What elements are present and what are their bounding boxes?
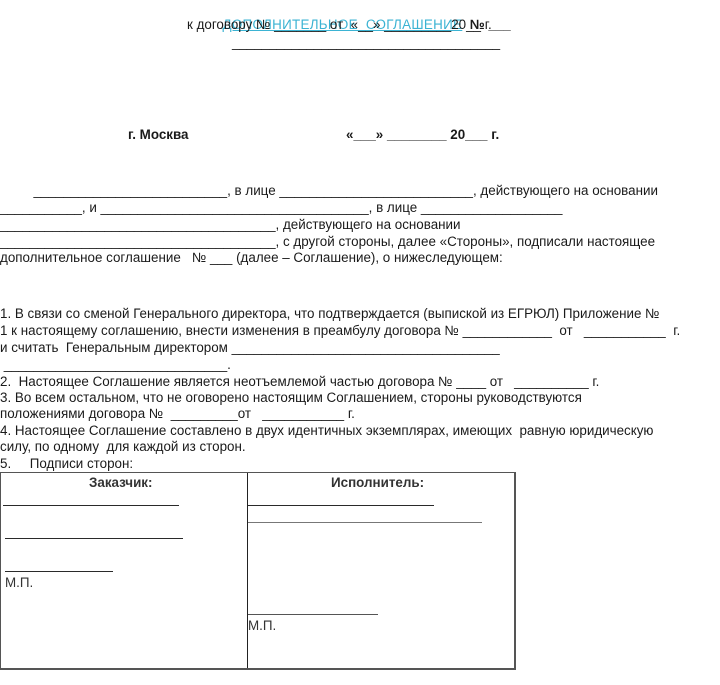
clause-line: 1 к настоящему соглашению, внести измене… xyxy=(0,323,680,339)
contractor-name-line xyxy=(248,522,482,523)
clause-line: и считать Генеральным директором _______… xyxy=(0,340,500,356)
contract-reference: к договору № _______ от «__» _________20… xyxy=(187,17,492,33)
clause-line: силу, по одному для каждой из сторон. xyxy=(0,439,246,455)
customer-stamp: М.П. xyxy=(5,575,33,590)
contractor-signature-line xyxy=(248,505,434,506)
customer-name-line xyxy=(5,538,183,539)
clause-line: 2. Настоящее Соглашение является неотъем… xyxy=(0,374,599,390)
signatures-table: Заказчик: М.П. Исполнитель: М.П. xyxy=(0,472,516,670)
city: г. Москва xyxy=(128,127,189,143)
contractor-date-line xyxy=(248,614,378,615)
preamble-line: дополнительное соглашение № ___ (далее –… xyxy=(0,250,503,266)
clause-line: 1. В связи со сменой Генерального директ… xyxy=(0,306,660,322)
customer-signature-line xyxy=(3,505,179,506)
contractor-heading: Исполнитель: xyxy=(331,475,424,490)
clause-line: ______________________________. xyxy=(0,357,231,373)
preamble-line: __________________________, в лице _____… xyxy=(0,183,658,199)
clause-line: положениями договора № _________от _____… xyxy=(0,406,355,422)
contractor-stamp: М.П. xyxy=(248,618,276,633)
agreement-date: «___» ________ 20___ г. xyxy=(346,127,499,143)
customer-date-line xyxy=(5,571,113,572)
preamble-line: ___________, и _________________________… xyxy=(0,200,562,216)
preamble-line: _____________________________________, с… xyxy=(0,234,655,250)
clause-line: 3. Во всем остальном, что не оговорено н… xyxy=(0,390,582,406)
clause-line: 5. Подписи сторон: xyxy=(0,456,133,472)
header-blank-line: ____________________________________ xyxy=(232,35,500,51)
clause-line: 4. Настоящее Соглашение составлено в дву… xyxy=(0,423,653,439)
customer-heading: Заказчик: xyxy=(89,475,152,490)
table-divider xyxy=(247,473,248,668)
preamble-line: _____________________________________, д… xyxy=(0,217,461,233)
